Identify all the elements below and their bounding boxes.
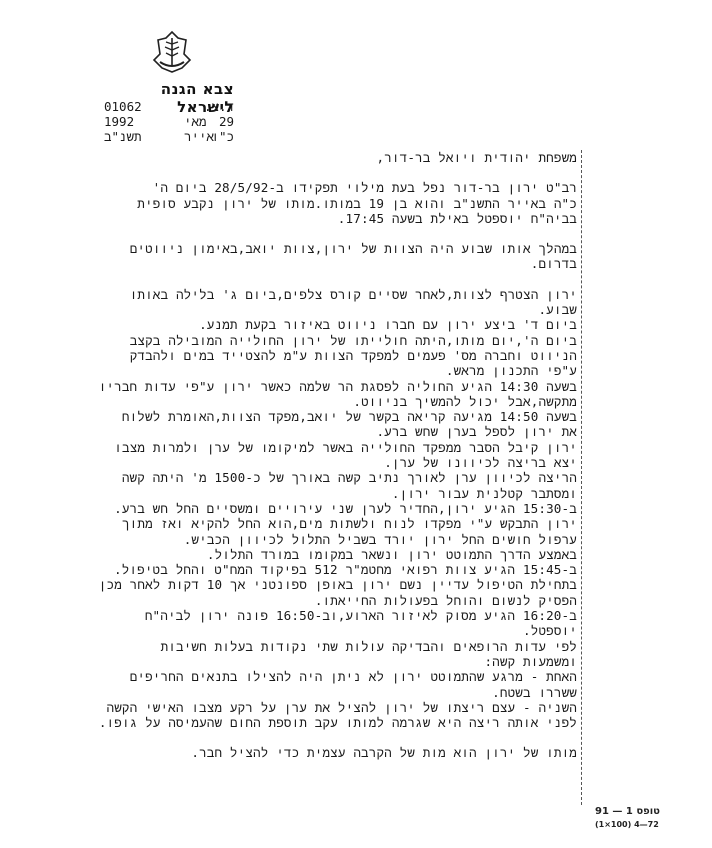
gregorian-date-row: 1992 מאי 29 bbox=[104, 114, 234, 130]
text-line: ששררו בשטח. bbox=[95, 685, 577, 700]
text-line: יוספטל. bbox=[95, 623, 577, 638]
text-line: את ירון לספל בערן שחש ברע. bbox=[95, 424, 577, 439]
text-line: כ"ה באייר התשנ"ב והוא בן 19 במותו.מותו ש… bbox=[95, 196, 577, 211]
text-line: בשעה 14:50 מגיעה קריאה בקשר של יואב,מפקד… bbox=[95, 409, 577, 424]
text-line: השניה - עצם ריצתו של ירון להציל את ערן ע… bbox=[95, 700, 577, 715]
form-print-code: (1×100) 4—72 bbox=[595, 818, 660, 831]
hebrew-day: כ"ו bbox=[211, 129, 234, 145]
date-day: 29 bbox=[219, 114, 234, 130]
idf-emblem-icon bbox=[150, 30, 194, 76]
text-line: בדרום. bbox=[95, 256, 577, 271]
text-line: מותו של ירון הוא מות של הקרבה עצמית כדי … bbox=[95, 745, 577, 760]
text-line: ב-15:30 הגיע ירון,החדיר לערן שני עירויים… bbox=[95, 501, 577, 516]
text-line: ע"פי התכנון מראש. bbox=[95, 363, 577, 378]
text-line: האחת - מרגע שהתמוטט ירון לא ניתן היה להצ… bbox=[95, 669, 577, 684]
text-line: ביום ד' ביצע ירון עם חברו ניווט באיזור ב… bbox=[95, 317, 577, 332]
text-line: שבוע. bbox=[95, 302, 577, 317]
reference-number: 01062 bbox=[104, 99, 142, 115]
paragraph-gap bbox=[95, 272, 577, 287]
paragraph: רב"ט ירון בר-דור נפל בעת מילוי תפקידו ב-… bbox=[95, 180, 577, 226]
text-line: ירון התבקש ע"י מפקדו לנוח ולשתות מים,הוא… bbox=[95, 516, 577, 531]
text-line: רב"ט ירון בר-דור נפל בעת מילוי תפקידו ב-… bbox=[95, 180, 577, 195]
text-line: ב-16:20 הגיע מסוק לאיזור הארוע,וב-16:50 … bbox=[95, 608, 577, 623]
paragraph-gap bbox=[95, 165, 577, 180]
text-line: ומסתבר קטלנית עבור ירון. bbox=[95, 486, 577, 501]
text-line: לפני אותה ריצה היא שגרמה למותו עקב תוספת… bbox=[95, 715, 577, 730]
text-line: במהלך אותו שבוע היה הצוות של ירון,צוות י… bbox=[95, 241, 577, 256]
margin-rule bbox=[581, 150, 582, 805]
date-month: מאי bbox=[184, 114, 207, 130]
text-line: באמצע הדרך התמוטט ירון ונשאר במקומו במור… bbox=[95, 547, 577, 562]
text-line: ומשמעות קשה: bbox=[95, 654, 577, 669]
text-line: בשעה 14:30 הגיע החוליה לפסגת הר שלמה כאש… bbox=[95, 379, 577, 394]
paragraph-gap bbox=[95, 226, 577, 241]
text-line: מתקשה,אבל יכול להמשיך בניווט. bbox=[95, 394, 577, 409]
text-line: ירון הצטרף לצוות,לאחר שסיים קורס צלפים,ב… bbox=[95, 287, 577, 302]
text-line: בתחילת הטיפול עדיין נשם ירון באופן ספונט… bbox=[95, 577, 577, 592]
form-number-line: טופס 1 — 91 bbox=[595, 805, 660, 818]
text-line: לפי עדות הרופאים והבדיקה עולות שתי נקודו… bbox=[95, 639, 577, 654]
form-number: טופס 1 — 91 (1×100) 4—72 bbox=[595, 805, 660, 831]
paragraph: מותו של ירון הוא מות של הקרבה עצמית כדי … bbox=[95, 745, 577, 760]
letter-body: משפחת יהודית ויואל בר-דור, רב"ט ירון בר-… bbox=[95, 150, 577, 761]
date-year: 1992 bbox=[104, 114, 134, 130]
text-line: יצא בריצה לכיוונו של ערן. bbox=[95, 455, 577, 470]
text-line: הפסיק לנשום והוחל בפעולות החייאתו. bbox=[95, 593, 577, 608]
text-line: ביום ה',יום מותו,היתה חולייתו של ירון הח… bbox=[95, 333, 577, 348]
text-line: בביה"ח יוספטל באילת בשעה 17:45. bbox=[95, 211, 577, 226]
paragraph: במהלך אותו שבוע היה הצוות של ירון,צוות י… bbox=[95, 241, 577, 272]
reference-row: 01062 ד.צ. bbox=[104, 99, 234, 115]
salutation: משפחת יהודית ויואל בר-דור, bbox=[95, 150, 577, 165]
text-line: ירון קיבל הסבר ממפקד החולייה באשר למיקומ… bbox=[95, 440, 577, 455]
hebrew-month: אייר bbox=[184, 129, 214, 145]
paragraph-gap bbox=[95, 730, 577, 745]
text-line: ערפול חושים החל ירון יורד בשביל התלול לכ… bbox=[95, 532, 577, 547]
paragraph: ירון הצטרף לצוות,לאחר שסיים קורס צלפים,ב… bbox=[95, 287, 577, 731]
text-line: ב-15:45 הגיע צוות רפואי מחטמ"ר 512 בפיקו… bbox=[95, 562, 577, 577]
document-page: צבא הגנה לישראל 01062 ד.צ. 1992 מאי 29 ת… bbox=[0, 0, 712, 848]
reference-label: ד.צ. bbox=[204, 99, 234, 115]
hebrew-date-row: תשנ"ב אייר כ"ו bbox=[104, 129, 234, 145]
hebrew-year: תשנ"ב bbox=[104, 129, 142, 145]
text-line: הניווט וחברה מס' פעמים למפקד הצוות ע"מ ל… bbox=[95, 348, 577, 363]
text-line: הריצה לכיוון ערן לאורך נתיב קשה באורך של… bbox=[95, 470, 577, 485]
